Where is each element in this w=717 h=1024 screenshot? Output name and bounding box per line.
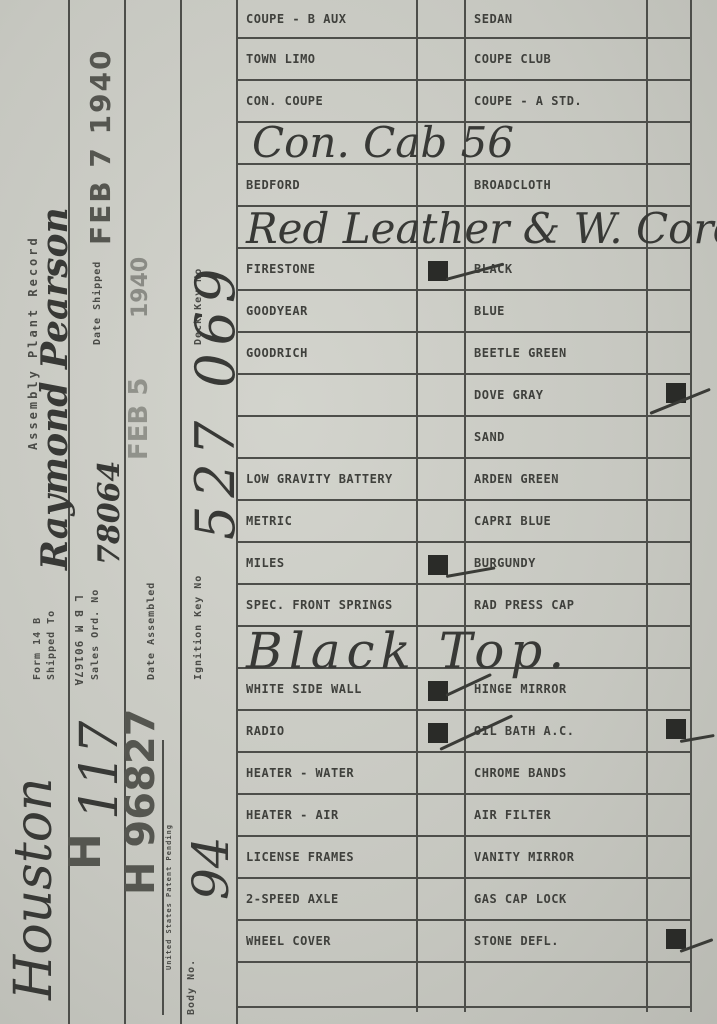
option-label-left xyxy=(246,417,416,457)
option-label-left: COUPE - B AUX xyxy=(246,0,416,37)
date-shipped-year-stamp: 1940 xyxy=(128,257,153,318)
ignition-key-label: Ignition Key No xyxy=(193,575,204,680)
option-label-right: DOVE GRAY xyxy=(474,375,644,415)
option-label-left: GOODRICH xyxy=(246,333,416,373)
option-label-left: HEATER - WATER xyxy=(246,753,416,793)
check-box-marked xyxy=(428,681,448,701)
serial-letter-stamp: H xyxy=(60,833,111,870)
option-row xyxy=(236,963,692,1008)
option-row: BEDFORDBROADCLOTH xyxy=(236,165,692,207)
shipped-to-value: Raymond Pearson xyxy=(34,207,76,570)
check-box-marked xyxy=(428,723,448,743)
date-shipped-value: FEB 7 1940 xyxy=(84,48,117,245)
shipped-to-label: Shipped To xyxy=(46,610,57,680)
option-label-left: LOW GRAVITY BATTERY xyxy=(246,459,416,499)
option-label-right: AIR FILTER xyxy=(474,795,644,835)
option-label-right: COUPE CLUB xyxy=(474,39,644,79)
option-label-left: WHEEL COVER xyxy=(246,921,416,961)
option-row: FIRESTONEBLACK xyxy=(236,249,692,291)
option-row: SAND xyxy=(236,417,692,459)
option-label-left: CON. COUPE xyxy=(246,81,416,121)
option-row: RADIOOIL BATH A.C. xyxy=(236,711,692,753)
option-label-left: LICENSE FRAMES xyxy=(246,837,416,877)
date-assembled-value: FEB 5 xyxy=(124,378,154,460)
option-row: SPEC. FRONT SPRINGSRAD PRESS CAP xyxy=(236,585,692,627)
option-label-right: VANITY MIRROR xyxy=(474,837,644,877)
option-row: CON. COUPECOUPE - A STD. xyxy=(236,81,692,123)
option-label-right: ARDEN GREEN xyxy=(474,459,644,499)
check-box-marked xyxy=(428,555,448,575)
option-label-right: BEETLE GREEN xyxy=(474,333,644,373)
option-label-left: RADIO xyxy=(246,711,416,751)
option-label-right: OIL BATH A.C. xyxy=(474,711,644,751)
option-row: DOVE GRAY xyxy=(236,375,692,417)
option-label-right xyxy=(474,963,644,1006)
option-label-left: MILES xyxy=(246,543,416,583)
option-label-right: CHROME BANDS xyxy=(474,753,644,793)
form-number: Form 14 B xyxy=(32,617,43,680)
option-row: TOWN LIMOCOUPE CLUB xyxy=(236,39,692,81)
option-label-right: GAS CAP LOCK xyxy=(474,879,644,919)
date-shipped-label: Date Shipped xyxy=(92,261,103,345)
option-label-right: BROADCLOTH xyxy=(474,165,644,205)
option-label-right: CAPRI BLUE xyxy=(474,501,644,541)
option-label-right: RAD PRESS CAP xyxy=(474,585,644,625)
option-label-left: FIRESTONE xyxy=(246,249,416,289)
check-box-marked xyxy=(666,929,686,949)
handwritten-note-top: Black Top. xyxy=(246,622,570,680)
option-label-left: 2-SPEED AXLE xyxy=(246,879,416,919)
option-label-left: HEATER - AIR xyxy=(246,795,416,835)
option-label-right: SEDAN xyxy=(474,0,644,37)
option-label-left xyxy=(246,375,416,415)
lbm-number: L B M 90167A xyxy=(73,595,84,686)
handwritten-note-cab: Con. Cab 56 xyxy=(252,118,514,167)
option-row: HEATER - AIRAIR FILTER xyxy=(236,795,692,837)
option-label-left: SPEC. FRONT SPRINGS xyxy=(246,585,416,625)
option-row: COUPE - B AUXSEDAN xyxy=(236,0,692,39)
option-row: MILESBURGUNDY xyxy=(236,543,692,585)
sales-order-label: Sales Ord. No xyxy=(90,589,101,680)
option-row: 2-SPEED AXLEGAS CAP LOCK xyxy=(236,879,692,921)
option-label-left: METRIC xyxy=(246,501,416,541)
option-label-right: SAND xyxy=(474,417,644,457)
option-label-right: BLACK xyxy=(474,249,644,289)
sales-order-value: 78064 xyxy=(92,461,127,565)
date-assembled-label: Date Assembled xyxy=(146,582,157,680)
option-row: GOODYEARBLUE xyxy=(236,291,692,333)
option-row: GOODRICHBEETLE GREEN xyxy=(236,333,692,375)
option-row: HEATER - WATERCHROME BANDS xyxy=(236,753,692,795)
option-label-right: COUPE - A STD. xyxy=(474,81,644,121)
option-label-right: BLUE xyxy=(474,291,644,331)
check-box-marked xyxy=(666,719,686,739)
option-label-left: BEDFORD xyxy=(246,165,416,205)
patent-notice: United States Patent Pending xyxy=(164,824,175,970)
option-label-left: TOWN LIMO xyxy=(246,39,416,79)
option-row: WHEEL COVERSTONE DEFL. xyxy=(236,921,692,963)
option-label-right: STONE DEFL. xyxy=(474,921,644,961)
serial-stamp: H 96827 xyxy=(118,708,164,895)
option-label-left xyxy=(246,963,416,1006)
option-row: METRICCAPRI BLUE xyxy=(236,501,692,543)
body-no-value: 94 xyxy=(182,836,240,900)
handwritten-city: Houston xyxy=(4,777,64,1000)
body-no-label: Body No. xyxy=(186,959,197,1015)
option-row: LICENSE FRAMESVANITY MIRROR xyxy=(236,837,692,879)
option-row: LOW GRAVITY BATTERYARDEN GREEN xyxy=(236,459,692,501)
option-label-left: GOODYEAR xyxy=(246,291,416,331)
assembly-plant-record-card: Assembly Plant Record Form 14 B Shipped … xyxy=(0,0,717,1024)
handwritten-note-trim: Red Leather & W. Cord xyxy=(246,204,717,253)
option-label-right: BURGUNDY xyxy=(474,543,644,583)
